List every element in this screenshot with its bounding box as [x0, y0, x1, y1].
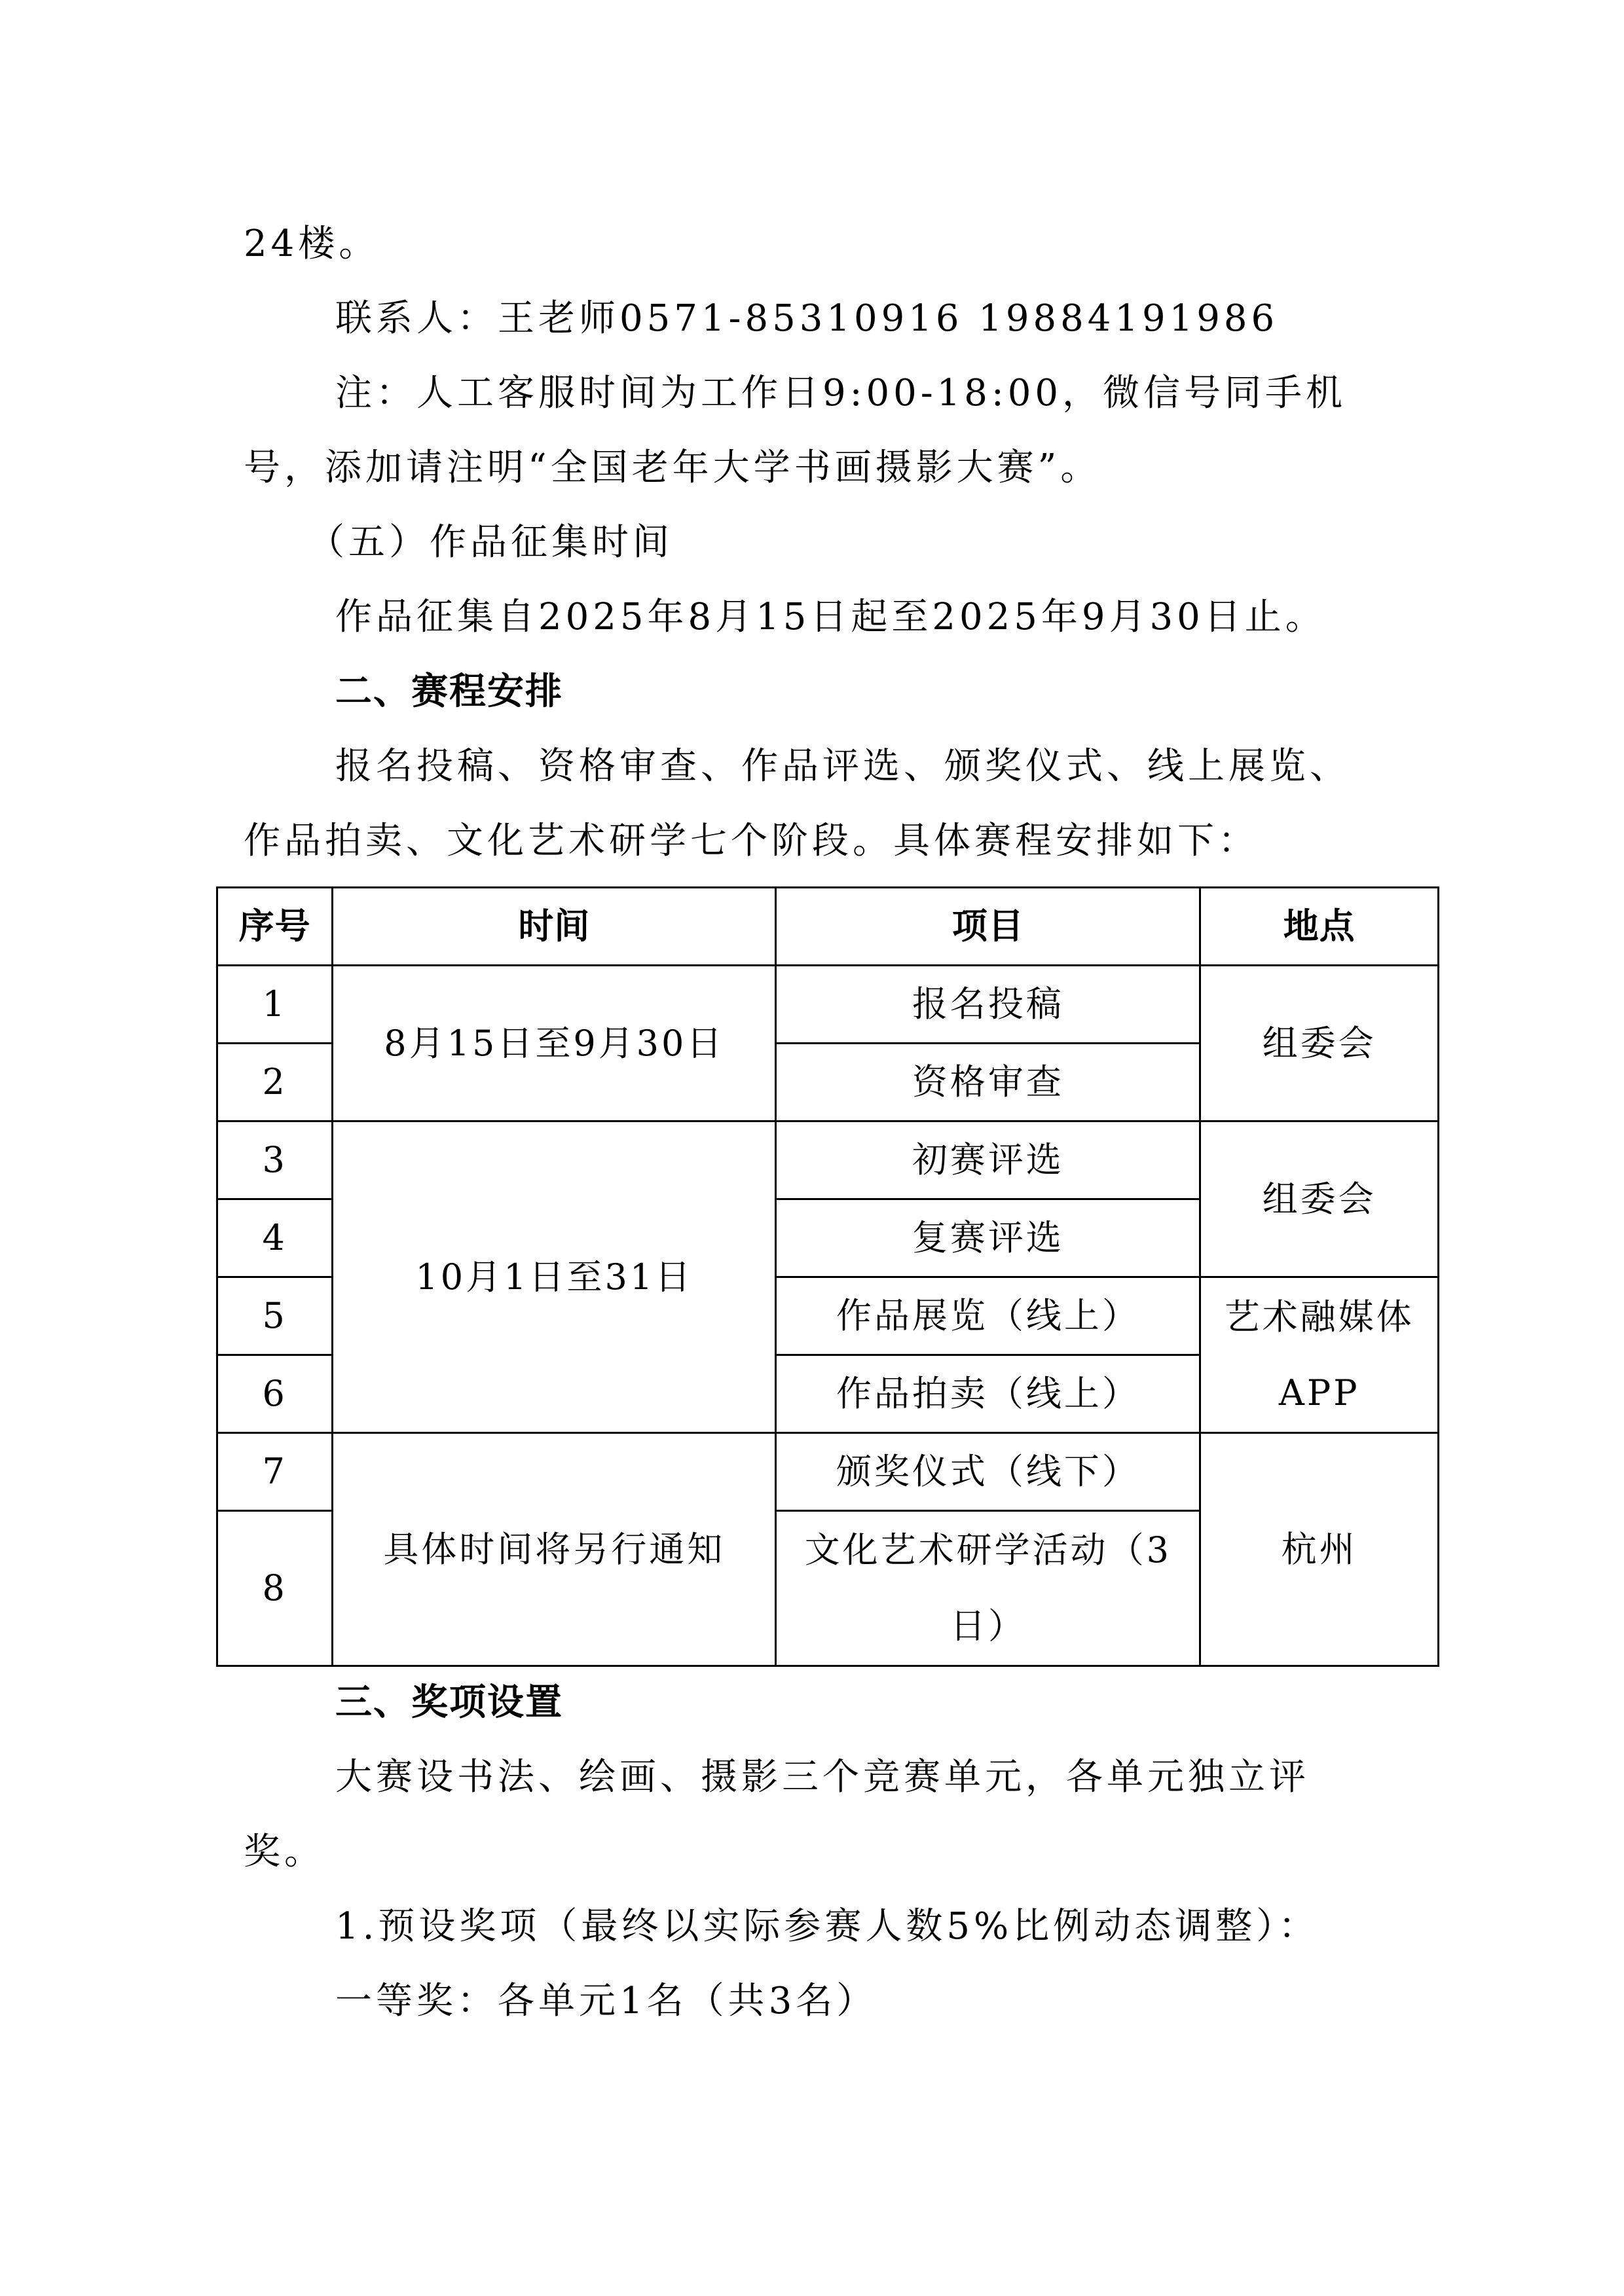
cell-time: 具体时间将另行通知: [333, 1433, 776, 1666]
header-no: 序号: [217, 888, 333, 966]
cell-item: 作品拍卖（线上）: [776, 1355, 1200, 1433]
cell-place: 艺术融媒体APP: [1200, 1277, 1439, 1433]
cell-no: 5: [217, 1277, 333, 1355]
cell-no: 3: [217, 1121, 333, 1199]
paragraph-preset-awards: 1.预设奖项（最终以实际参赛人数5%比例动态调整）：: [335, 1904, 1319, 1950]
paragraph-awards-intro-line1: 大赛设书法、绘画、摄影三个竞赛单元，各单元独立评: [335, 1755, 1310, 1800]
table-row: 3 10月1日至31日 初赛评选 组委会: [217, 1121, 1439, 1199]
subheading-collection-time: （五）作品征集时间: [308, 520, 673, 566]
paragraph-contact: 联系人：王老师0571-85310916 19884191986: [335, 296, 1278, 342]
cell-place: 杭州: [1200, 1433, 1439, 1666]
paragraph-schedule-intro-line2: 作品拍卖、文化艺术研学七个阶段。具体赛程安排如下：: [244, 818, 1259, 864]
table-header-row: 序号 时间 项目 地点: [217, 888, 1439, 966]
cell-no: 7: [217, 1433, 333, 1511]
paragraph-first-prize: 一等奖：各单元1名（共3名）: [335, 1978, 877, 2024]
paragraph-awards-intro-line2: 奖。: [244, 1829, 325, 1875]
cell-time: 8月15日至9月30日: [333, 966, 776, 1121]
cell-item: 报名投稿: [776, 966, 1200, 1044]
cell-no: 8: [217, 1511, 333, 1666]
cell-item: 文化艺术研学活动（3日）: [776, 1511, 1200, 1666]
table-row: 7 具体时间将另行通知 颁奖仪式（线下） 杭州: [217, 1433, 1439, 1511]
cell-no: 4: [217, 1199, 333, 1277]
paragraph-schedule-intro-line1: 报名投稿、资格审查、作品评选、颁奖仪式、线上展览、: [335, 744, 1350, 790]
section-heading-schedule: 二、赛程安排: [335, 669, 563, 715]
paragraph-address-end: 24楼。: [244, 221, 379, 267]
cell-place: 组委会: [1200, 966, 1439, 1121]
header-time: 时间: [333, 888, 776, 966]
table-row: 1 8月15日至9月30日 报名投稿 组委会: [217, 966, 1439, 1044]
cell-item: 初赛评选: [776, 1121, 1200, 1199]
schedule-table: 序号 时间 项目 地点 1 8月15日至9月30日 报名投稿 组委会 2 资格审…: [216, 886, 1439, 1667]
cell-item: 复赛评选: [776, 1199, 1200, 1277]
paragraph-collection-period: 作品征集自2025年8月15日起至2025年9月30日止。: [335, 594, 1326, 640]
cell-item: 作品展览（线上）: [776, 1277, 1200, 1355]
cell-no: 2: [217, 1044, 333, 1121]
cell-no: 1: [217, 966, 333, 1044]
paragraph-note-line2: 号，添加请注明“全国老年大学书画摄影大赛”。: [244, 445, 1101, 491]
section-heading-awards: 三、奖项设置: [335, 1680, 563, 1726]
cell-item: 颁奖仪式（线下）: [776, 1433, 1200, 1511]
header-item: 项目: [776, 888, 1200, 966]
cell-time: 10月1日至31日: [333, 1121, 776, 1433]
paragraph-note-line1: 注：人工客服时间为工作日9:00-18:00，微信号同手机: [335, 371, 1346, 416]
header-place: 地点: [1200, 888, 1439, 966]
cell-no: 6: [217, 1355, 333, 1433]
cell-place: 组委会: [1200, 1121, 1439, 1277]
cell-item: 资格审查: [776, 1044, 1200, 1121]
